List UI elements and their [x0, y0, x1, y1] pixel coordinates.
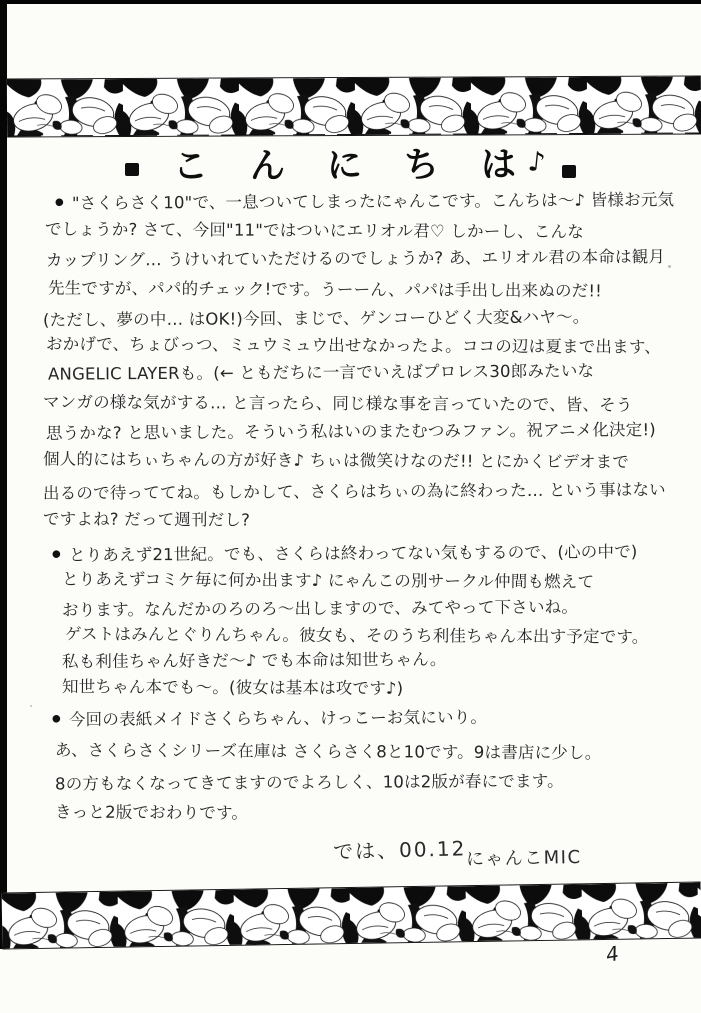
floral-pattern-top: [7, 76, 701, 136]
ornament-band-top: [7, 75, 701, 137]
line-text: 個人的にはちぃちゃんの方が好き♪ ちぃは微笑けなのだ!! とにかくビデオまで: [43, 449, 629, 471]
line-text: 先生ですが、パパ的チェック!です。うーーん、パパは手出し出来ぬのだ!!: [48, 279, 602, 301]
handwritten-line: 思うかな? と思いました。そういう私はいのまたむつみファン。祝アニメ化決定!): [46, 420, 656, 444]
line-text: 出るので待っててね。もしかして、さくらはちぃの為に終わった… という事はない: [43, 480, 666, 503]
line-text: とりあえずコミケ毎に何か出ます♪ にゃんこの別サークル仲間も燃えて: [62, 570, 594, 592]
title-square-left: [125, 163, 139, 176]
line-text: ANGELIC LAYERも。(← ともだちに一言でいえばプロレス30郎みたいな: [48, 361, 594, 383]
line-text: (ただし、夢の中… はOK!)今回、まじで、ゲンコーひどく大変&ハヤ〜。: [43, 307, 590, 329]
handwritten-line: マンガの様な気がする… と言ったら、同じ様な事を言っていたので、皆、そう: [43, 392, 633, 415]
line-text: 8の方もなくなってきてますのでよろしく、10は2版が春にでます。: [55, 771, 564, 793]
handwritten-line: あ、さくらさくシリーズ在庫は さくらさく8と10です。9は書店に少し。: [55, 741, 602, 764]
author-signature: にゃんこMIC: [466, 843, 582, 871]
line-text: ですよね? だって週刊だし?: [43, 509, 250, 529]
line-text: あ、さくらさくシリーズ在庫は さくらさく8と10です。9は書店に少し。: [55, 741, 602, 763]
floral-pattern-bottom: [2, 883, 701, 949]
handwritten-line: おります。なんだかのろのろ〜出しますので、みてやって下さいね。: [62, 597, 578, 620]
handwritten-line: 私も利佳ちゃん好きだ〜♪ でも本命は知世ちゃん。: [62, 650, 447, 672]
bullet-dot: ●: [52, 713, 61, 725]
scan-speck: [668, 265, 671, 268]
handwritten-line: 8の方もなくなってきてますのでよろしく、10は2版が春にでます。: [55, 771, 564, 794]
handwritten-line: ANGELIC LAYERも。(← ともだちに一言でいえばプロレス30郎みたいな: [48, 361, 594, 384]
line-text: 知世ちゃん本でも〜。(彼女は基本は攻です♪): [62, 677, 403, 698]
line-text: "さくらさく10"で、一息ついてしまったにゃんこです。こんちは〜♪ 皆様お元気: [72, 190, 674, 213]
line-text: 思うかな? と思いました。そういう私はいのまたむつみファン。祝アニメ化決定!): [46, 420, 656, 443]
bullet-dot: ●: [52, 549, 61, 561]
handwritten-line: 出るので待っててね。もしかして、さくらはちぃの為に終わった… という事はない: [43, 480, 666, 504]
line-text: でしょうか? さて、今回"11"ではついにエリオル君♡ しかーし、こんな: [45, 220, 584, 242]
handwritten-line: ●とりあえず21世紀。でも、さくらは終わってない気もするので、(心の中で): [52, 542, 638, 565]
line-text: 今回の表紙メイドさくらちゃん、けっこーお気にいり。: [69, 708, 487, 730]
handwritten-line: ですよね? だって週刊だし?: [43, 509, 250, 530]
handwritten-line: おかげで、ちょびっつ、ミュウミュウ出せなかったよ。ココの辺は夏まで出ます、: [46, 334, 661, 357]
handwritten-line: でしょうか? さて、今回"11"ではついにエリオル君♡ しかーし、こんな: [45, 220, 584, 243]
line-text: きっと2版でおわりです。: [55, 802, 248, 822]
line-text: おかげで、ちょびっつ、ミュウミュウ出せなかったよ。ココの辺は夏まで出ます、: [46, 334, 661, 356]
ornament-band-bottom: [2, 882, 701, 950]
handwritten-line: (ただし、夢の中… はOK!)今回、まじで、ゲンコーひどく大変&ハヤ〜。: [43, 307, 590, 330]
line-text: とりあえず21世紀。でも、さくらは終わってない気もするので、(心の中で): [69, 542, 638, 564]
handwritten-line: きっと2版でおわりです。: [55, 802, 248, 823]
handwritten-line: ゲストはみんとぐりんちゃん。彼女も、そのうち利佳ちゃん本出す予定です。: [65, 624, 649, 647]
page-title: こんにちは ♪: [0, 141, 701, 191]
handwritten-line: 知世ちゃん本でも〜。(彼女は基本は攻です♪): [62, 677, 403, 699]
handwritten-line: 先生ですが、パパ的チェック!です。うーーん、パパは手出し出来ぬのだ!!: [48, 279, 602, 302]
handwritten-line: 個人的にはちぃちゃんの方が好き♪ ちぃは微笑けなのだ!! とにかくビデオまで: [43, 449, 629, 472]
scan-speck: [30, 705, 32, 707]
handwritten-line: ●今回の表紙メイドさくらちゃん、けっこーお気にいり。: [52, 708, 487, 730]
line-text: ゲストはみんとぐりんちゃん。彼女も、そのうち利佳ちゃん本出す予定です。: [65, 624, 649, 646]
page-title-text: こんにちは: [173, 147, 558, 184]
line-text: おります。なんだかのろのろ〜出しますので、みてやって下さいね。: [62, 597, 578, 619]
line-text: 私も利佳ちゃん好きだ〜♪ でも本命は知世ちゃん。: [62, 650, 447, 671]
handwritten-line: ●"さくらさく10"で、一息ついてしまったにゃんこです。こんちは〜♪ 皆様お元気: [55, 190, 674, 214]
line-text: カップリング… うけいれていただけるのでしょうか? あ、エリオル君の本命は観月: [46, 247, 665, 270]
line-text: マンガの様な気がする… と言ったら、同じ様な事を言っていたので、皆、そう: [43, 392, 633, 414]
scan-edge-top: [0, 0, 701, 4]
scanned-page: こんにちは ♪ ●"さくらさく10"で、一息ついてしまったにゃんこです。こんちは…: [0, 0, 701, 1013]
page-number: 4: [604, 941, 621, 967]
signature-date: では、00.12: [333, 832, 467, 864]
handwritten-line: カップリング… うけいれていただけるのでしょうか? あ、エリオル君の本命は観月: [46, 247, 665, 271]
title-square-right: [562, 165, 576, 178]
bullet-dot: ●: [55, 197, 64, 209]
handwritten-line: とりあえずコミケ毎に何か出ます♪ にゃんこの別サークル仲間も燃えて: [62, 570, 594, 593]
